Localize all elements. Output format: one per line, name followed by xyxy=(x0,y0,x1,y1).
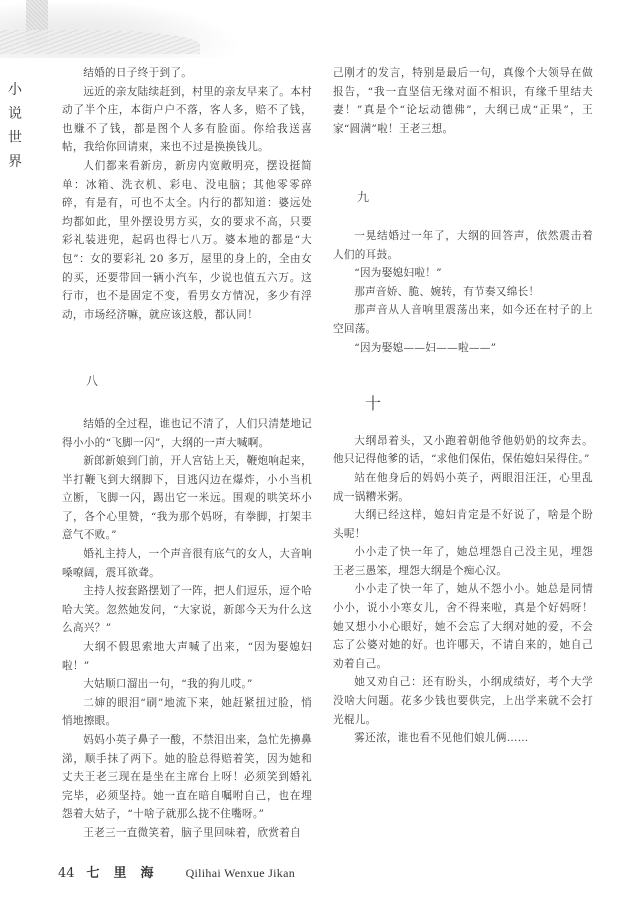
chapter-heading-9: 九 xyxy=(333,188,593,207)
section-label-char: 世 xyxy=(6,126,24,150)
paragraph: 站在他身后的妈妈小英子，两眼泪汪汪，心里乱成一锅糟米粥。 xyxy=(333,469,593,506)
paragraph: 人们都来看新房，新房内宽敞明亮，摆设挺简单：冰箱、洗衣机、彩电、没电脑；其他零零… xyxy=(62,157,312,324)
paragraph: 雾还浓，谁也看不见他们娘儿俩…… xyxy=(333,729,593,748)
paragraph: “因为娶媳——妇——啦——” xyxy=(333,339,593,358)
page-number: 44 xyxy=(58,866,75,881)
section-label: 小 说 世 界 xyxy=(6,78,24,174)
paragraph-continued: 己刚才的发言，特别是最后一句，真像个大领导在做报告，“我一直坚信无缘对面不相识，… xyxy=(333,64,593,138)
paragraph: 那声音娇、脆、婉转，有节奏又绵长！ xyxy=(333,283,593,302)
section-label-char: 界 xyxy=(6,150,24,174)
paragraph: 一晃结婚过一年了，大纲的回答声，依然震击着人们的耳鼓。 xyxy=(333,227,593,264)
magazine-pinyin: Qilihai Wenxue Jikan xyxy=(186,866,295,881)
magazine-name: 七里海 xyxy=(87,862,168,881)
paragraph: 婚礼主持人，一个声音很有底气的女人，大音响嗓嘹阔，震耳欲聋。 xyxy=(62,545,312,582)
paragraph: 新郎新娘到门前，开人宫钻上天，鞭炮响起来，半打鞭飞到大纲脚下，目逃闪边在爆炸，小… xyxy=(62,452,312,545)
chapter-heading-10: 十 xyxy=(333,395,593,414)
paragraph: 结婚的全过程，谁也记不清了，人们只清楚地记得小小的“飞脚一闪”，大纲的一声大喊啊… xyxy=(62,415,312,452)
header-decorative-image xyxy=(0,0,240,58)
paragraph: 她又劝自己：还有盼头，小纲成绩好，考个大学没啥大问题。花多少钱也要供完，上出学来… xyxy=(333,673,593,729)
chapter-heading-8: 八 xyxy=(62,372,312,391)
paragraph: 大纲昂着头，又小跑着朝他爷他奶奶的坟奔去。他只记得他爹的话，“求他们保佑，保佑媳… xyxy=(333,432,593,469)
section-label-char: 说 xyxy=(6,102,24,126)
right-column: 己刚才的发言，特别是最后一句，真像个大领导在做报告，“我一直坚信无缘对面不相识，… xyxy=(333,64,593,748)
paragraph: 二婶的眼泪“刷”地流下来，她赶紧扭过脸，悄悄地擦眼。 xyxy=(62,694,312,731)
paragraph: 主持人按套路摆划了一阵，把人们逗乐，逗个哈哈大笑。忽然她发问，“大家说，新郎今天… xyxy=(62,582,312,638)
left-column: 结婚的日子终于到了。 远近的亲友陆续赶到，村里的亲友早来了。本村动了半个庄，本街… xyxy=(62,64,312,843)
paragraph: 王老三一直微笑着，脑子里回味着，欣赏着自 xyxy=(62,824,312,843)
paragraph: 小小走了快一年了，她总埋怨自己没主见，埋怨王老三愚笨，埋怨大纲是个痴心汉。 xyxy=(333,543,593,580)
paragraph: 小小走了快一年了，她从不怨小小。她总是同情小小，说小小寒女儿，舍不得来啦，真是个… xyxy=(333,580,593,673)
paragraph: 大纲已经这样，媳妇肯定是不好说了，啥是个盼头呢！ xyxy=(333,506,593,543)
landscape-illustration xyxy=(0,30,200,54)
paragraph: 妈妈小英子鼻子一酸，不禁泪出来，急忙先擤鼻涕，顺手抹了两下。她的脸总得赔着笑，因… xyxy=(62,731,312,824)
paragraph: 大纲不假思索地大声喊了出来，“因为娶媳妇啦！” xyxy=(62,638,312,675)
section-label-char: 小 xyxy=(6,78,24,102)
paragraph: 大姑顺口溜出一句，“我的狗儿哎。” xyxy=(62,675,312,694)
page-footer: 44 七里海 Qilihai Wenxue Jikan xyxy=(58,862,295,881)
paragraph: 远近的亲友陆续赶到，村里的亲友早来了。本村动了半个庄，本街户户不落，客人多，赔不… xyxy=(62,83,312,157)
paragraph: 结婚的日子终于到了。 xyxy=(62,64,312,83)
paragraph: 那声音从人音响里震荡出来，如今还在村子的上空回荡。 xyxy=(333,301,593,338)
paragraph: “因为娶媳妇啦！” xyxy=(333,264,593,283)
